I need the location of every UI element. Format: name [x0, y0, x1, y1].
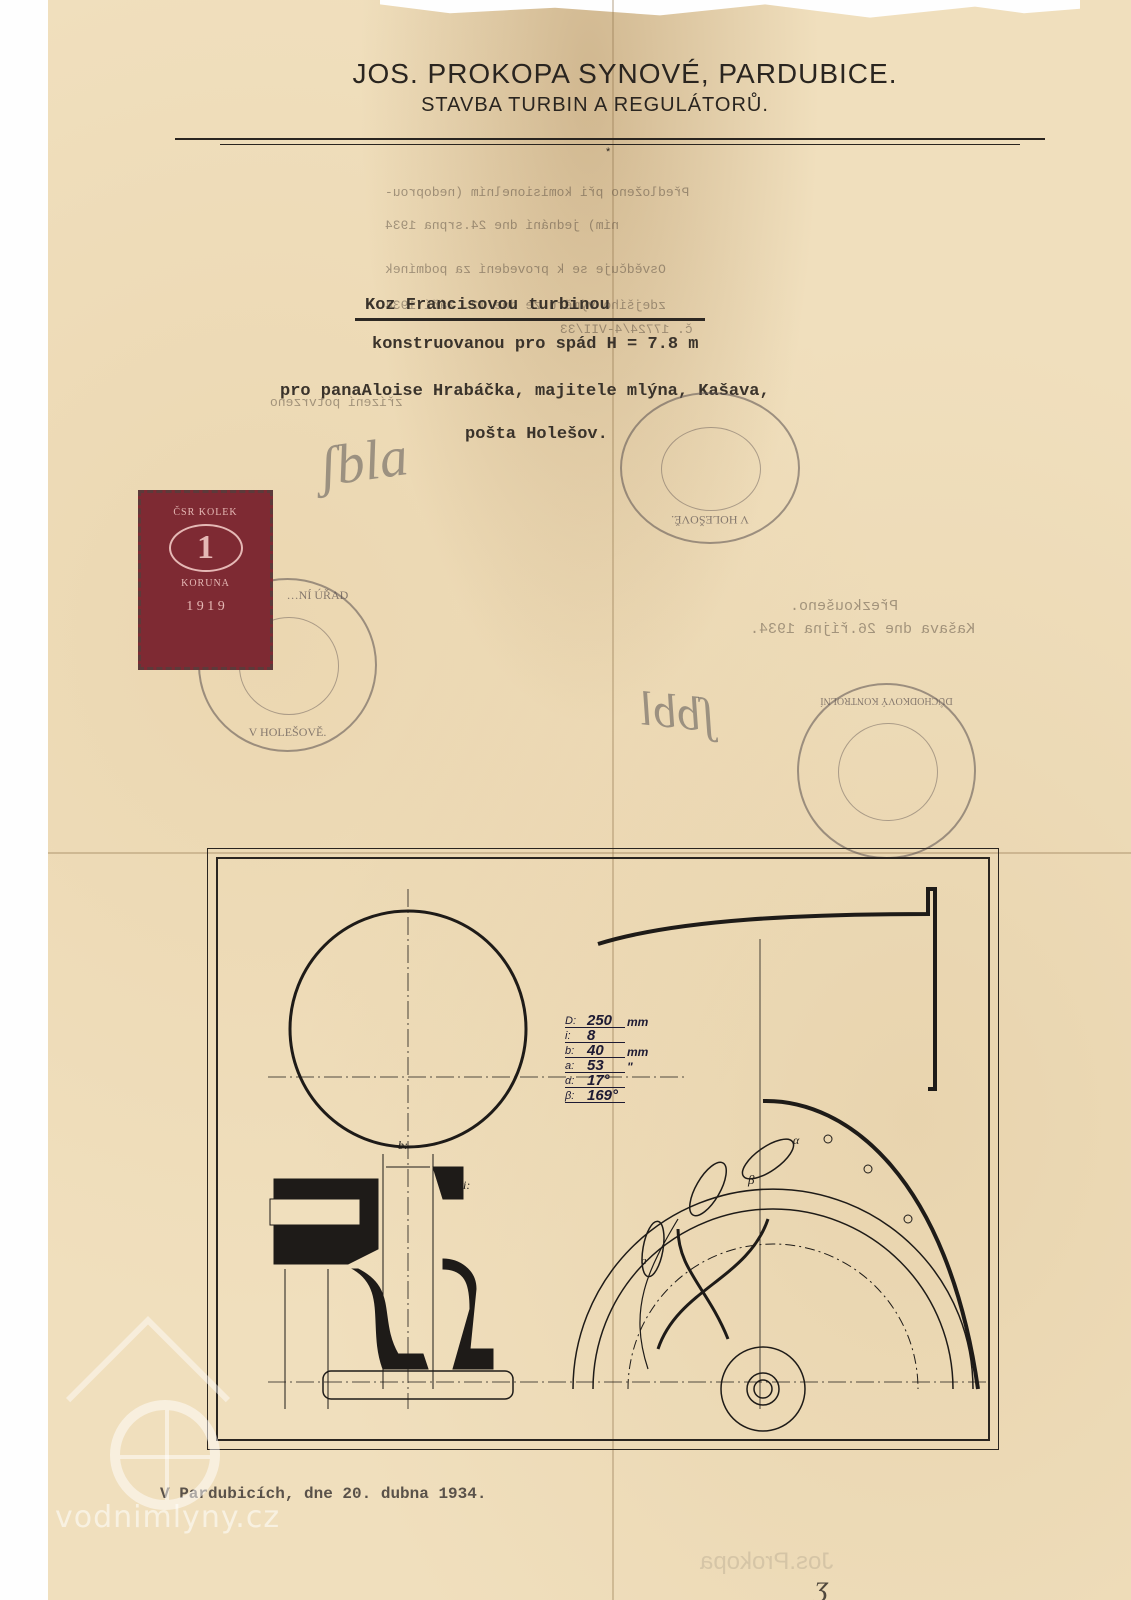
watermark-wheel-icon	[110, 1400, 220, 1510]
company-name: JOS. PROKOPA SYNOVÉ, PARDUBICE.	[195, 58, 1055, 90]
stamp-okresni-urad: V HOLEŠOVĚ.	[620, 392, 800, 544]
spec-row-a: a:53"	[565, 1058, 625, 1073]
spec-row-b: b:40mm	[565, 1043, 625, 1058]
spec-row-beta: β:169°	[565, 1088, 625, 1103]
watermark-text: vodnimlyny.cz	[55, 1500, 280, 1535]
body-line-1: konstruovanou pro spád H = 7.8 m	[372, 335, 698, 354]
signature-1: ʃbla	[316, 424, 412, 500]
strikethrough-line	[355, 318, 705, 321]
mirrored-line-3: Osvědčuje se k provedení za podmínek	[385, 262, 666, 277]
spec-table: D:250mm i:8 b:40mm a:53" α:17° β:169°	[565, 1013, 625, 1103]
approval-line-1: Přezkoušeno.	[790, 598, 898, 615]
heading-struck: Koz Francisovou turbinou	[365, 296, 610, 315]
svg-text:b:: b:	[398, 1138, 408, 1152]
faint-bleed-text: Jos.Prokopa	[700, 1548, 833, 1576]
svg-text:β: β	[747, 1172, 755, 1187]
signature-3: ʒ	[815, 1570, 828, 1600]
spec-row-i: i:8	[565, 1028, 625, 1043]
approval-line-2: Kašava dne 26.října 1934.	[750, 621, 975, 638]
turbine-drawing: b: i: α β a	[207, 848, 999, 1450]
svg-text:i:: i:	[463, 1178, 470, 1192]
mirrored-line-1: Předloženo při komisionelním (nedoprou-	[385, 185, 689, 200]
letterhead-rule-bottom	[220, 144, 1020, 145]
svg-text:α: α	[793, 1133, 800, 1147]
company-subtitle: STAVBA TURBIN A REGULÁTORŮ.	[165, 94, 1025, 117]
ornament: *	[606, 146, 610, 158]
letterhead: JOS. PROKOPA SYNOVÉ, PARDUBICE. STAVBA T…	[175, 58, 1035, 117]
letterhead-rule-top	[175, 138, 1045, 140]
revenue-stamp: ČSR KOLEK 1 KORUNA 1 9 1 9	[138, 490, 273, 670]
spec-row-D: D:250mm	[565, 1013, 625, 1028]
signature-2: ʃbbl	[637, 681, 717, 744]
body-line-3: pošta Holešov.	[465, 425, 608, 444]
svg-text:a: a	[641, 1255, 647, 1267]
mirrored-line-2: ním) jednání dne 24.srpna 1934	[385, 218, 619, 233]
turbine-cross-section: b: i: α β a	[208, 849, 998, 1449]
stamp-duchodkovy-urad: DŮCHODKOVÝ KONTROLNÍ	[797, 683, 976, 859]
spec-row-alpha: α:17°	[565, 1073, 625, 1088]
